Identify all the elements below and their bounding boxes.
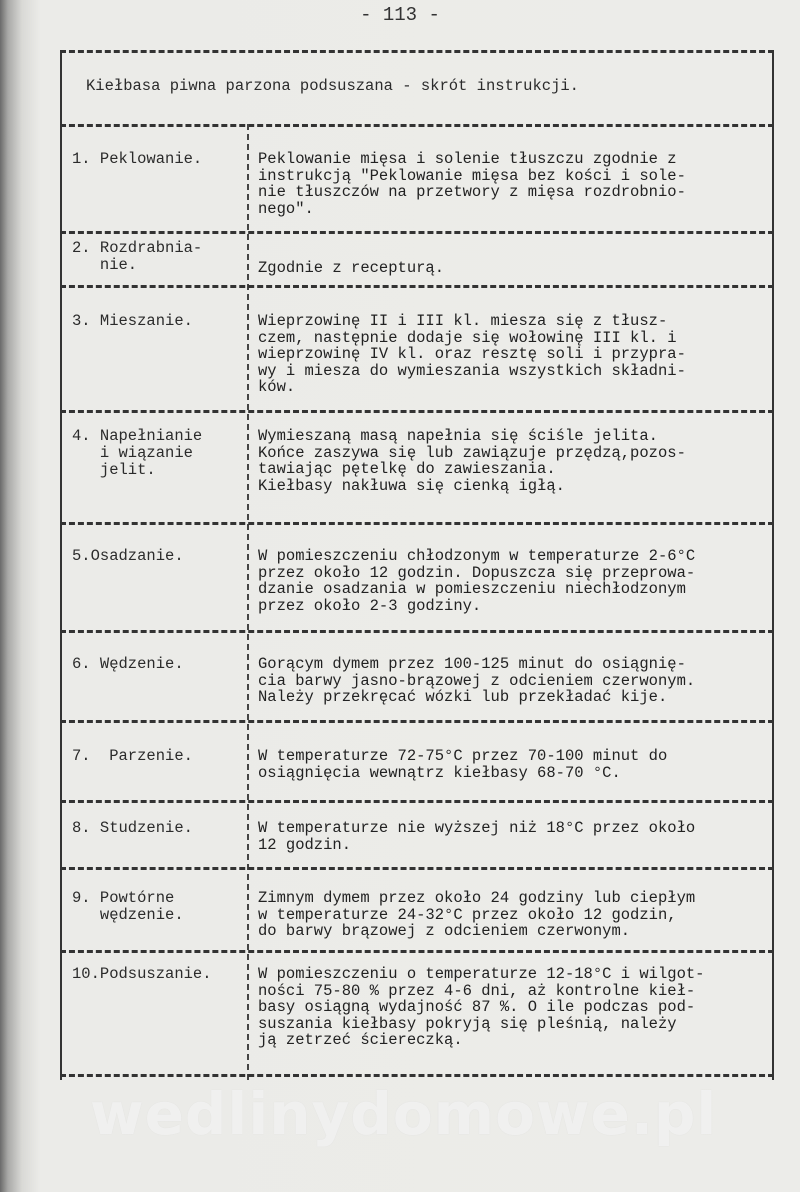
step-label: 2. Rozdrabnia- nie. (72, 240, 202, 274)
document-title: Kiełbasa piwna parzona podsuszana - skró… (86, 77, 579, 95)
row-rule (60, 720, 774, 723)
step-content: W pomieszczeniu chłodzonym w temperaturz… (258, 548, 778, 614)
step-label: 8. Studzenie. (72, 820, 193, 837)
step-row: 1. Peklowanie. Peklowanie mięsa i soleni… (60, 146, 774, 230)
step-content: W pomieszczeniu o temperaturze 12-18°C i… (258, 966, 778, 1049)
row-rule (60, 950, 774, 953)
page-number: - 113 - (0, 4, 800, 26)
step-label: 1. Peklowanie. (72, 151, 202, 168)
title-top-rule (60, 50, 774, 53)
step-row: 8. Studzenie. W temperaturze nie wyższej… (60, 816, 774, 866)
step-label: 5.Osadzanie. (72, 548, 184, 565)
step-row: 6. Wędzenie. Gorącym dymem przez 100-125… (60, 652, 774, 722)
row-rule (60, 522, 774, 525)
step-label: 6. Wędzenie. (72, 656, 184, 673)
title-bottom-rule (60, 124, 774, 127)
row-rule (60, 630, 774, 633)
step-label: 4. Napełnianie i wiązanie jelit. (72, 428, 202, 479)
step-row: 10.Podsuszanie. W pomieszczeniu o temper… (60, 962, 774, 1062)
row-rule (60, 867, 774, 870)
step-content: Wymieszaną masą napełnia się ściśle jeli… (258, 428, 778, 494)
step-content: W temperaturze 72-75°C przez 70-100 minu… (258, 748, 778, 781)
watermark-text: wedlinydomowe.pl (90, 1080, 770, 1148)
row-rule (60, 410, 774, 413)
table-bottom-rule (60, 1074, 774, 1077)
step-content: Gorącym dymem przez 100-125 minut do osi… (258, 656, 778, 706)
row-rule (60, 285, 774, 288)
step-row: 3. Mieszanie. Wieprzowinę II i III kl. m… (60, 308, 774, 408)
step-row: 7. Parzenie. W temperaturze 72-75°C prze… (60, 744, 774, 794)
step-content: Peklowanie mięsa i solenie tłuszczu zgod… (258, 151, 778, 217)
instruction-table: Kiełbasa piwna parzona podsuszana - skró… (60, 50, 774, 1082)
step-row: 9. Powtórne wędzenie. Zimnym dymem przez… (60, 886, 774, 956)
row-rule (60, 231, 774, 234)
step-label: 7. Parzenie. (72, 748, 193, 765)
step-row: 2. Rozdrabnia- nie. Zgodnie z recepturą. (60, 236, 774, 286)
step-label: 10.Podsuszanie. (72, 966, 212, 983)
step-row: 5.Osadzanie. W pomieszczeniu chłodzonym … (60, 544, 774, 634)
step-content: Zimnym dymem przez około 24 godziny lub … (258, 890, 778, 940)
step-content: W temperaturze nie wyższej niż 18°C prze… (258, 820, 778, 853)
step-label: 9. Powtórne wędzenie. (72, 890, 184, 924)
step-label: 3. Mieszanie. (72, 313, 193, 330)
step-row: 4. Napełnianie i wiązanie jelit. Wymiesz… (60, 424, 774, 524)
step-content: Wieprzowinę II i III kl. miesza się z tł… (258, 313, 778, 396)
step-content: Zgodnie z recepturą. (258, 243, 778, 276)
scanned-page: - 113 - Kiełbasa piwna parzona podsuszan… (0, 0, 800, 1192)
row-rule (60, 800, 774, 803)
